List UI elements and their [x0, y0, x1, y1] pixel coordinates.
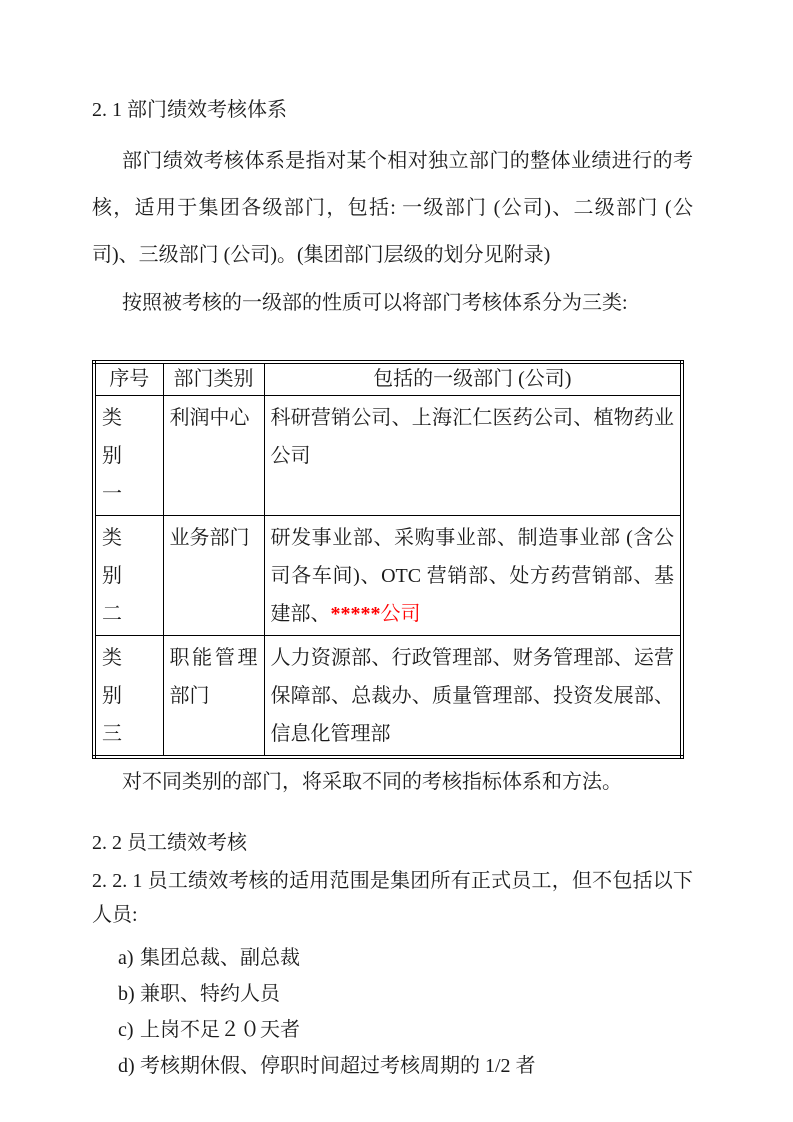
document-page: 2. 1 部门绩效考核体系 部门绩效考核体系是指对某个相对独立部门的整体业绩进行… — [0, 0, 793, 1122]
list-item: b) 兼职、特约人员 — [118, 976, 693, 1012]
list-item-marker: a) — [118, 940, 140, 976]
table-cell-departments: 研发事业部、采购事业部、制造事业部 (含公司各车间)、OTC 营销部、处方药营销… — [264, 515, 682, 635]
table-cell-category: 利润中心 — [163, 395, 264, 515]
document-content: 2. 1 部门绩效考核体系 部门绩效考核体系是指对某个相对独立部门的整体业绩进行… — [0, 0, 793, 1084]
list-item-marker: c) — [118, 1012, 140, 1048]
table-cell-seq: 类 别 一 — [94, 395, 163, 515]
table-cell-departments: 科研营销公司、上海汇仁医药公司、植物药业公司 — [264, 395, 682, 515]
redacted-company-stars: ***** — [331, 603, 381, 625]
after-table-paragraph: 对不同类别的部门，将采取不同的考核指标体系和方法。 — [92, 759, 693, 805]
classification-note-paragraph: 按照被考核的一级部的性质可以将部门考核体系分为三类: — [92, 288, 693, 319]
list-item-text: 集团总裁、副总裁 — [140, 940, 693, 976]
list-item-marker: d) — [118, 1048, 140, 1084]
list-item-text: 考核期休假、停职时间超过考核周期的 1/2 者 — [140, 1048, 693, 1084]
section-2-1-heading: 2. 1 部门绩效考核体系 — [92, 95, 693, 126]
table-header-departments: 包括的一级部门 (公司) — [264, 362, 682, 395]
table-cell-seq: 类 别 二 — [94, 515, 163, 635]
section-2-2-heading: 2. 2 员工绩效考核 — [92, 827, 693, 860]
table-header-row: 序号 部门类别 包括的一级部门 (公司) — [94, 362, 682, 395]
list-item: c) 上岗不足２０天者 — [118, 1012, 693, 1048]
redacted-company-suffix: 公司 — [381, 603, 421, 625]
table-cell-seq: 类 别 三 — [94, 635, 163, 757]
list-item: d) 考核期休假、停职时间超过考核周期的 1/2 者 — [118, 1048, 693, 1084]
table-cell-category: 业务部门 — [163, 515, 264, 635]
table-cell-departments: 人力资源部、行政管理部、财务管理部、运营保障部、总裁办、质量管理部、投资发展部、… — [264, 635, 682, 757]
table-row: 类 别 一 利润中心 科研营销公司、上海汇仁医药公司、植物药业公司 — [94, 395, 682, 515]
table-row: 类 别 二 业务部门 研发事业部、采购事业部、制造事业部 (含公司各车间)、OT… — [94, 515, 682, 635]
section-2-1-intro-paragraph: 部门绩效考核体系是指对某个相对独立部门的整体业绩进行的考核，适用于集团各级部门，… — [92, 138, 693, 279]
table-header-seq: 序号 — [94, 362, 163, 395]
list-item-text: 兼职、特约人员 — [140, 976, 693, 1012]
department-category-table: 序号 部门类别 包括的一级部门 (公司) 类 别 一 利润中心 科研营销公司、上… — [92, 360, 684, 759]
list-item-text: 上岗不足２０天者 — [140, 1012, 693, 1048]
table-header-category: 部门类别 — [163, 362, 264, 395]
exclusion-list: a) 集团总裁、副总裁 b) 兼职、特约人员 c) 上岗不足２０天者 d) 考核… — [118, 940, 693, 1084]
subsection-2-2-1-paragraph: 2. 2. 1 员工绩效考核的适用范围是集团所有正式员工，但不包括以下人员: — [92, 864, 693, 932]
list-item: a) 集团总裁、副总裁 — [118, 940, 693, 976]
table-cell-category: 职能管理部门 — [163, 635, 264, 757]
list-item-marker: b) — [118, 976, 140, 1012]
table-row: 类 别 三 职能管理部门 人力资源部、行政管理部、财务管理部、运营保障部、总裁办… — [94, 635, 682, 757]
